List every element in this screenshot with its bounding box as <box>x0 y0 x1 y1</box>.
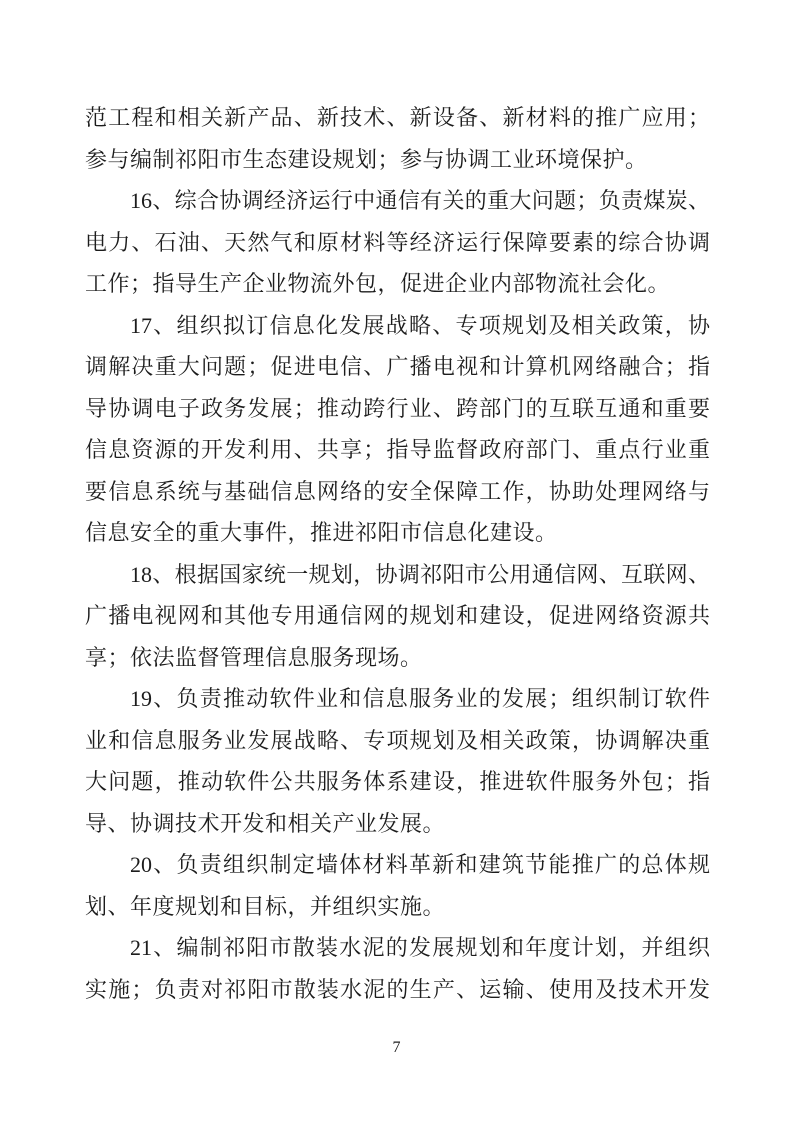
text-line: 18、根据国家统一规划，协调祁阳市公用通信网、互联网、 <box>85 554 710 596</box>
text-line: 广播电视网和其他专用通信网的规划和建设，促进网络资源共 <box>85 595 710 637</box>
text-line: 17、组织拟订信息化发展战略、专项规划及相关政策，协 <box>85 305 710 347</box>
document-page: 范工程和相关新产品、新技术、新设备、新材料的推广应用；参与编制祁阳市生态建设规划… <box>0 0 793 1122</box>
text-line: 要信息系统与基础信息网络的安全保障工作，协助处理网络与 <box>85 471 710 513</box>
text-line: 参与编制祁阳市生态建设规划；参与协调工业环境保护。 <box>85 139 710 181</box>
text-line: 范工程和相关新产品、新技术、新设备、新材料的推广应用； <box>85 97 710 139</box>
text-line: 19、负责推动软件业和信息服务业的发展；组织制订软件 <box>85 678 710 720</box>
text-line: 大问题，推动软件公共服务体系建设，推进软件服务外包；指 <box>85 761 710 803</box>
text-line: 享；依法监督管理信息服务现场。 <box>85 637 710 679</box>
text-line: 业和信息服务业发展战略、专项规划及相关政策，协调解决重 <box>85 720 710 762</box>
text-line: 划、年度规划和目标，并组织实施。 <box>85 886 710 928</box>
page-number: 7 <box>0 1038 793 1058</box>
text-line: 导协调电子政务发展；推动跨行业、跨部门的互联互通和重要 <box>85 388 710 430</box>
text-line: 调解决重大问题；促进电信、广播电视和计算机网络融合；指 <box>85 346 710 388</box>
text-line: 实施；负责对祁阳市散装水泥的生产、运输、使用及技术开发 <box>85 969 710 1011</box>
text-line: 16、综合协调经济运行中通信有关的重大问题；负责煤炭、 <box>85 180 710 222</box>
text-line: 信息资源的开发利用、共享；指导监督政府部门、重点行业重 <box>85 429 710 471</box>
text-line: 21、编制祁阳市散装水泥的发展规划和年度计划，并组织 <box>85 927 710 969</box>
text-line: 20、负责组织制定墙体材料革新和建筑节能推广的总体规 <box>85 844 710 886</box>
document-body: 范工程和相关新产品、新技术、新设备、新材料的推广应用；参与编制祁阳市生态建设规划… <box>85 97 710 1010</box>
text-line: 导、协调技术开发和相关产业发展。 <box>85 803 710 845</box>
text-line: 工作；指导生产企业物流外包，促进企业内部物流社会化。 <box>85 263 710 305</box>
text-line: 信息安全的重大事件，推进祁阳市信息化建设。 <box>85 512 710 554</box>
text-line: 电力、石油、天然气和原材料等经济运行保障要素的综合协调 <box>85 222 710 264</box>
